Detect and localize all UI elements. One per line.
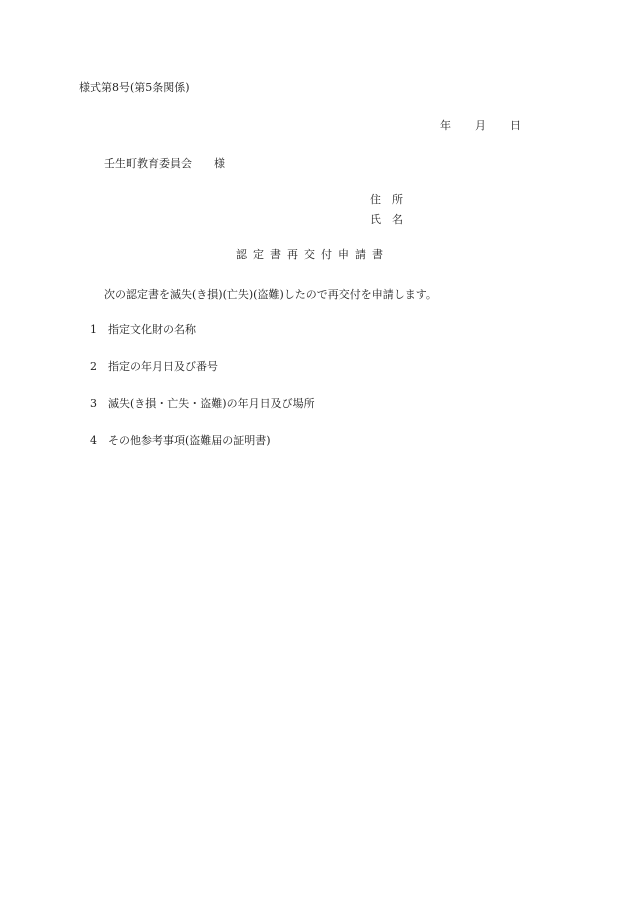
applicant-block: 住所 氏名	[370, 194, 403, 234]
item-label: 滅失(き損・亡失・盗難)の年月日及び場所	[108, 397, 315, 410]
list-item: 3滅失(き損・亡失・盗難)の年月日及び場所	[90, 398, 315, 435]
month-label: 月	[475, 120, 486, 131]
addressee-honorific: 様	[214, 157, 225, 170]
body-text: 次の認定書を滅失(き損)(亡失)(盗難)したので再交付を申請します。	[104, 289, 437, 300]
list-item: 1指定文化財の名称	[90, 324, 315, 361]
addressee-name: 壬生町教育委員会	[104, 157, 192, 170]
item-number: 4	[90, 435, 108, 446]
list-item: 2指定の年月日及び番号	[90, 361, 315, 398]
item-list: 1指定文化財の名称 2指定の年月日及び番号 3滅失(き損・亡失・盗難)の年月日及…	[90, 324, 315, 472]
address-label: 住所	[370, 194, 403, 214]
item-number: 1	[90, 324, 108, 335]
form-number: 様式第8号(第5条関係)	[79, 82, 190, 93]
item-label: 指定の年月日及び番号	[108, 360, 218, 373]
date-line: 年月日	[440, 120, 521, 131]
list-item: 4その他参考事項(盗難届の証明書)	[90, 435, 315, 472]
document-title: 認定書再交付申請書	[236, 249, 389, 260]
item-number: 3	[90, 398, 108, 409]
item-number: 2	[90, 361, 108, 372]
year-label: 年	[440, 120, 451, 131]
name-label: 氏名	[370, 214, 403, 234]
item-label: 指定文化財の名称	[108, 323, 196, 336]
addressee: 壬生町教育委員会様	[104, 158, 225, 169]
item-label: その他参考事項(盗難届の証明書)	[108, 434, 271, 447]
day-label: 日	[510, 120, 521, 131]
